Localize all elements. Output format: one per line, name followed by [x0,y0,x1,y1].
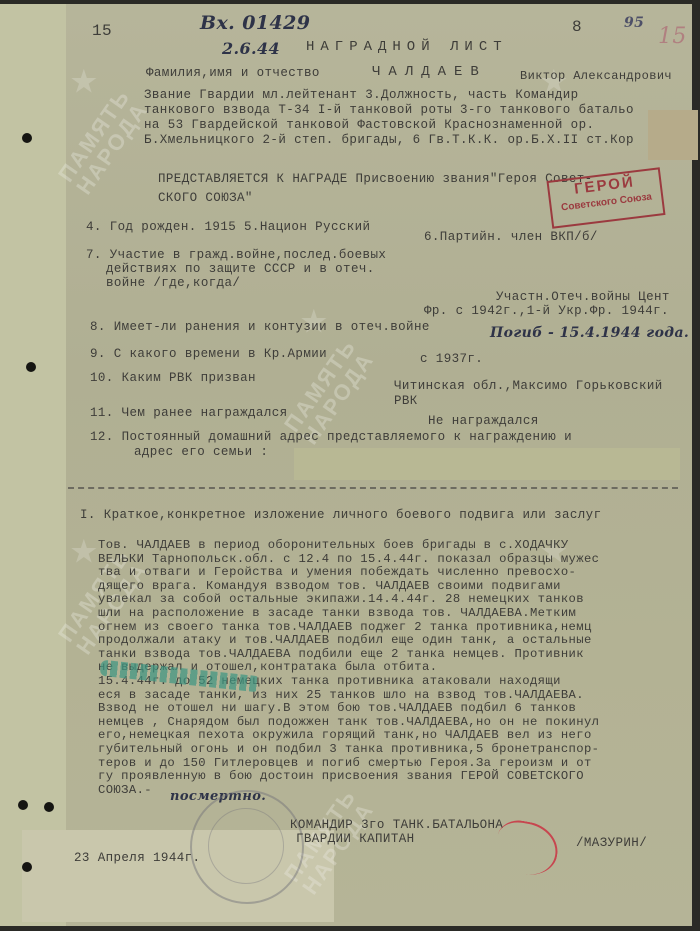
field-participation-value: Фр. с 1942г.,1-й Укр.Фр. 1944г. [424,304,669,318]
punch-hole [44,802,54,812]
narrative-line: продолжали атаку и тов.ЧАЛДАЕВ подбил ещ… [98,633,592,647]
narrative-line: еся в засаде танки, из них 25 танков шло… [98,688,584,702]
field-rvk-value: РВК [394,394,418,408]
award-requested: ПРЕДСТАВЛЯЕТСЯ К НАГРАДЕ Присвоению зван… [158,172,593,186]
narrative-line: губительный огонь и он подбил 3 танка пр… [98,742,599,756]
narrative-line: увлекал за собой остальные экипажи.14.4.… [98,592,584,606]
field-address-label: 12. Постоянный домашний адрес представля… [90,430,572,444]
punch-hole [26,362,36,372]
field-given-name: Виктор Александрович [520,69,672,83]
narrative-line: Взвод не отошел ни шагу.В этом бою тов.Ч… [98,701,576,715]
pencil-page-number: 15 [658,30,687,44]
field-wounds-value: Погиб - 15.4.1944 года. [490,326,689,340]
document-date: 23 Апреля 1944г. [74,851,200,865]
page-mark-handwritten: 95 [624,16,644,30]
field-rvk-label: 10. Каким РВК призван [90,371,256,385]
field-wounds-label: 8. Имеет-ли ранения и контузии в отеч.во… [90,320,430,334]
narrative-line: огнем из своего танка тов.ЧАЛДАЕВ поджег… [98,620,592,634]
narrative-line: тва и отваги и Геройства и умения побежд… [98,565,576,579]
field-fullname-label: Фамилия,имя и отчество [146,66,320,80]
paper-patch [648,110,698,160]
narrative-line: ВЕЛЬКИ Тарнопольск.обл. с 12.4 по 15.4.4… [98,552,599,566]
section-divider [68,487,678,489]
handwritten-ref: Вх. 01429 [200,16,310,30]
narrative-line: шли на расположение в засаде танки взвод… [98,606,576,620]
field-prior-awards-label: 11. Чем ранее награждался [90,406,288,420]
award-requested-cont: СКОГО СОЮЗА" [158,191,253,205]
document-title: НАГРАДНОЙ ЛИСТ [306,40,508,54]
field-participation-label: 7. Участие в гражд.войне,послед.боевых [86,248,386,262]
field-participation-label: действиях по защите СССР и в отеч. [106,262,375,276]
punch-hole [18,800,28,810]
field-surname: ЧАЛДАЕВ [372,65,487,79]
watermark-star-icon: ★ [70,520,98,577]
signatory-rank: ГВАРДИИ КАПИТАН [296,832,415,846]
field-unit-line: на 53 Гвардейской танковой Фастовской Кр… [144,118,594,132]
round-unit-seal [190,790,304,904]
field-participation-value: Участн.Отеч.войны Цент [496,290,670,304]
field-army-since-label: 9. С какого времени в Кр.Армии [90,347,327,361]
left-margin-strip [0,4,66,926]
punch-hole [22,862,32,872]
narrative-line: гу проявленную в бою достоин присвоения … [98,769,584,783]
page-mark: 8 [572,20,582,34]
watermark-star-icon: ★ [300,290,328,347]
field-unit-line: танкового взвода Т-34 I-й танковой роты … [144,103,634,117]
narrative-heading: I. Краткое,конкретное изложение личного … [80,508,601,522]
narrative-line: Тов. ЧАЛДАЕВ в период оборонительных бое… [98,538,569,552]
signatory-title: КОМАНДИР 3го ТАНК.БАТАЛЬОНА [290,818,503,832]
signatory-name: /МАЗУРИН/ [576,836,647,850]
punch-hole [22,133,32,143]
narrative-line: немцев , Снарядом был подожжен танк тов.… [98,715,599,729]
field-party: 6.Партийн. член ВКП/б/ [424,230,598,244]
archive-number: 15 [92,24,112,38]
field-birth-nationality: 4. Год рожден. 1915 5.Национ Русский [86,220,370,234]
watermark-star-icon: ★ [70,50,98,107]
field-address-label: адрес его семьи : [134,445,268,459]
redacted-address [294,448,680,480]
narrative-line: его,немецкая пехота окружила горящий тан… [98,728,592,742]
field-rvk-value: Читинская обл.,Максимо Горьковский [394,379,663,393]
narrative-line: дящего врага. Командуя взводом тов. ЧАЛД… [98,579,561,593]
field-participation-label: войне /где,когда/ [106,276,240,290]
narrative-line: танки взвода тов.ЧАЛДАЕВА подбили еще 2 … [98,647,584,661]
field-unit-line: Б.Хмельницкого 2-й степ. бригады, 6 Гв.Т… [144,133,634,147]
field-prior-awards-value: Не награждался [428,414,539,428]
narrative-line: СОЮЗА.- [98,783,152,797]
narrative-line: теров и до 150 Гитлеровцев и погиб смерт… [98,756,592,770]
field-army-since-value: с 1937г. [420,352,483,366]
handwritten-date: 2.6.44 [222,42,280,56]
field-rank-position: Звание Гвардии мл.лейтенант 3.Должность,… [144,88,579,102]
